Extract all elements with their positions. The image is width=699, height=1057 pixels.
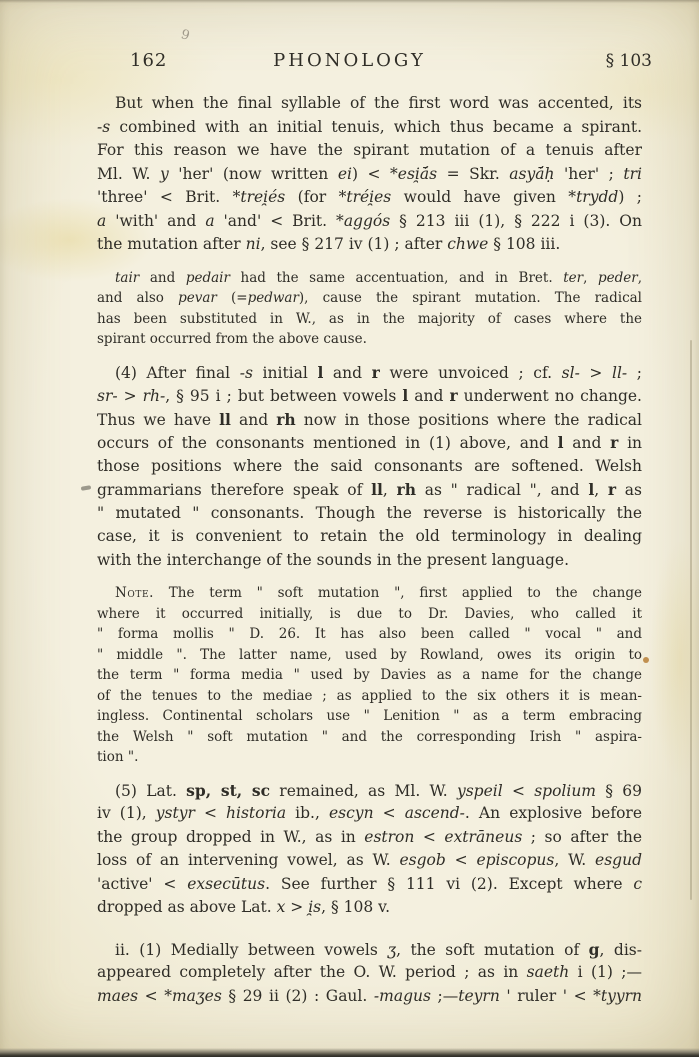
page-title: PHONOLOGY	[273, 50, 426, 71]
text-line: the Welsh " soft mutation " and the corr…	[97, 727, 642, 748]
text-line: ingless. Continental scholars use " Leni…	[97, 706, 642, 727]
text-line: 'three' < Brit. *trei̯és (for *tréi̯es w…	[97, 186, 642, 210]
page-header: 9 162 PHONOLOGY § 103	[0, 50, 699, 76]
text-segment: occurs of the consonants mentioned in (1…	[97, 434, 558, 452]
text-segment: tyyrn	[601, 987, 642, 1005]
text-segment: sr- > rh-	[97, 387, 165, 405]
text-segment: < *	[138, 987, 172, 1005]
text-segment: esgob	[400, 851, 446, 869]
text-segment: . See further § 111 vi (2). Except where	[265, 875, 633, 893]
text-line: the term " forma media " used by Davies …	[97, 665, 642, 686]
ink-speck	[81, 485, 92, 491]
text-line: grammarians therefore speak of ll, rh as…	[97, 478, 642, 502]
text-segment: rh	[397, 480, 416, 499]
text-segment: has been substituted in W., as in the ma…	[97, 311, 642, 327]
text-segment: the group dropped in W., as in	[97, 828, 364, 846]
text-line: a 'with' and a 'and' < Brit. *aggós § 21…	[97, 210, 642, 234]
page-bottom-edge	[0, 1048, 699, 1057]
text-line: tair and pedair had the same accentuatio…	[97, 268, 642, 289]
text-line: the mutation after ni, see § 217 iv (1) …	[97, 233, 642, 257]
text-segment: and	[139, 270, 186, 286]
text-segment: in	[618, 434, 642, 452]
text-segment: escyn	[329, 804, 374, 822]
text-line: with the interchange of the sounds in th…	[97, 549, 642, 573]
text-segment: -s	[97, 118, 110, 136]
text-segment: ingless. Continental scholars use " Leni…	[97, 708, 642, 724]
text-segment: " forma mollis " D. 26. It has also been…	[97, 626, 642, 642]
text-segment: episcopus	[476, 851, 554, 869]
text-line: 'active' < exsecūtus. See further § 111 …	[97, 873, 642, 897]
text-line: where it occurred initially, is due to D…	[97, 604, 642, 625]
text-segment: exsecūtus	[187, 875, 265, 893]
para-ii-medial-g: ii. (1) Medially between vowels ʒ, the s…	[97, 938, 642, 1009]
text-segment: , W.	[554, 851, 595, 869]
para-tair-pedair: tair and pedair had the same accentuatio…	[97, 268, 642, 350]
text-segment: sp, st, sc	[186, 781, 270, 800]
text-segment: For this reason we have the spirant muta…	[97, 141, 642, 159]
text-segment: <	[414, 828, 444, 846]
text-line: appeared completely after the O. W. peri…	[97, 961, 642, 985]
text-segment: and	[408, 387, 449, 405]
text-segment: asyā́ḥ	[509, 165, 554, 183]
text-line: has been substituted in W., as in the ma…	[97, 309, 642, 330]
text-segment: those positions where the said consonant…	[97, 457, 642, 475]
text-line: sr- > rh-, § 95 i ; but between vowels l…	[97, 384, 642, 408]
text-segment: 'her' ;	[554, 165, 623, 183]
text-line: tion ".	[97, 747, 642, 768]
text-segment: and	[231, 411, 276, 429]
text-line: " middle ". The latter name, used by Row…	[97, 645, 642, 666]
text-segment: spolium	[534, 782, 596, 800]
text-segment: -magus	[374, 987, 431, 1005]
text-segment: tion ".	[97, 749, 138, 765]
text-segment: would have given *	[391, 188, 576, 206]
text-segment: aggós	[344, 212, 390, 230]
text-segment: -s	[240, 364, 253, 382]
text-segment: ;	[627, 364, 642, 382]
text-segment: ii. (1) Medially between vowels	[115, 941, 387, 959]
para-4-unvoicing: (4) After final -s initial l and r were …	[97, 361, 642, 573]
text-segment: initial	[253, 364, 317, 382]
text-segment: and	[564, 434, 611, 452]
text-segment: remained, as Ml. W.	[270, 782, 457, 800]
text-line: (5) Lat. sp, st, sc remained, as Ml. W. …	[97, 779, 642, 803]
text-segment: >	[285, 898, 308, 916]
text-segment: ;—	[431, 987, 458, 1005]
text-segment: tair	[115, 270, 139, 286]
text-segment: saeth	[527, 963, 570, 981]
text-line: Ml. W. y 'her' (now written ei) < *esi̯ā…	[97, 163, 642, 187]
text-segment: the mutation after	[97, 235, 246, 253]
text-segment: and	[323, 364, 371, 382]
text-segment: ascend-	[405, 804, 465, 822]
text-segment: (for *	[285, 188, 346, 206]
para-note-soft-mutation: Note. The term " soft mutation ", first …	[97, 583, 642, 768]
text-line: iv (1), ystyr < historia ib., escyn < as…	[97, 802, 642, 826]
text-line: loss of an intervening vowel, as W. esgo…	[97, 849, 642, 873]
text-line: dropped as above Lat. x > i̯s, § 108 v.	[97, 896, 642, 920]
text-segment: pevar	[178, 290, 217, 306]
text-segment: , dis-	[600, 941, 642, 959]
text-line: those positions where the said consonant…	[97, 455, 642, 479]
text-segment: ei	[338, 165, 352, 183]
text-segment: § 108 iii.	[488, 235, 560, 253]
text-segment: combined with an initial tenuis, which t…	[110, 118, 642, 136]
text-segment: r	[449, 386, 457, 405]
text-segment: pedair	[186, 270, 230, 286]
text-segment: 'her' (now written	[169, 165, 338, 183]
text-segment: (4) After final	[115, 364, 240, 382]
text-segment: iv (1),	[97, 804, 156, 822]
text-segment: . An explosive before	[465, 804, 642, 822]
text-segment: , the soft mutation of	[396, 941, 589, 959]
text-segment: tréi̯es	[346, 188, 391, 206]
text-segment: (5) Lat.	[115, 782, 186, 800]
text-segment: Thus we have	[97, 411, 219, 429]
text-segment: where it occurred initially, is due to D…	[97, 606, 642, 622]
text-segment: ), cause the spirant mutation. The radic…	[299, 290, 642, 306]
ink-squiggle: 9	[179, 27, 191, 44]
text-segment: ,	[583, 270, 598, 286]
text-segment: Ml. W.	[97, 165, 160, 183]
text-segment: c	[633, 875, 642, 893]
text-segment: § 69	[596, 782, 642, 800]
text-segment: extrāneus	[444, 828, 522, 846]
text-segment: , see § 217 iv (1) ; after	[261, 235, 448, 253]
text-segment: as " radical ", and	[416, 481, 588, 499]
text-segment: (=	[217, 290, 248, 306]
text-segment: and also	[97, 290, 178, 306]
text-segment: estron	[364, 828, 414, 846]
text-segment: rh	[276, 410, 295, 429]
text-segment: now in those positions where the radical	[296, 411, 642, 429]
text-segment: 'active' <	[97, 875, 187, 893]
text-segment: ll	[371, 480, 383, 499]
text-segment: maes	[97, 987, 138, 1005]
text-line: " mutated " consonants. Though the rever…	[97, 502, 642, 526]
text-segment: <	[195, 804, 226, 822]
text-segment: esi̯ā́s	[398, 165, 437, 183]
text-segment: teyrn	[458, 987, 500, 1005]
text-segment: ,	[383, 481, 397, 499]
para-5-latin-groups: (5) Lat. sp, st, sc remained, as Ml. W. …	[97, 779, 642, 920]
text-line: and also pevar (=pedwar), cause the spir…	[97, 288, 642, 309]
text-segment: sl- > ll-	[562, 364, 628, 382]
text-segment: 'and' < Brit. *	[215, 212, 344, 230]
text-segment: the term " forma media " used by Davies …	[97, 667, 642, 683]
text-segment: historia	[226, 804, 286, 822]
text-segment: ʒ	[387, 941, 396, 959]
text-line: " forma mollis " D. 26. It has also been…	[97, 624, 642, 645]
text-segment: <	[374, 804, 405, 822]
text-segment: ,	[594, 481, 608, 499]
text-segment: chwe	[447, 235, 488, 253]
page-number: 162	[130, 50, 167, 71]
text-segment: , § 108 v.	[321, 898, 390, 916]
text-segment: <	[503, 782, 535, 800]
text-segment: trei̯és	[240, 188, 285, 206]
text-segment: " middle ". The latter name, used by Row…	[97, 647, 642, 663]
text-segment: as	[616, 481, 642, 499]
text-line: occurs of the consonants mentioned in (1…	[97, 431, 642, 455]
text-segment: pedwar	[248, 290, 299, 306]
text-line: the group dropped in W., as in estron < …	[97, 826, 642, 850]
text-segment: 'three' < Brit. *	[97, 188, 240, 206]
text-segment: , § 95 i ; but between vowels	[165, 387, 402, 405]
text-segment: r	[372, 363, 380, 382]
text-segment: Note.	[115, 585, 154, 601]
text-line: Note. The term " soft mutation ", first …	[97, 583, 642, 604]
text-segment: dropped as above Lat.	[97, 898, 277, 916]
text-segment: r	[608, 480, 616, 499]
text-line: But when the final syllable of the first…	[97, 92, 642, 116]
page-top-edge	[0, 0, 699, 3]
text-line: For this reason we have the spirant muta…	[97, 139, 642, 163]
text-segment: esgud	[595, 851, 642, 869]
text-segment: The term " soft mutation ", first applie…	[154, 585, 642, 601]
text-segment: maʒes	[172, 987, 222, 1005]
text-segment: of the tenues to the mediae ; as applied…	[97, 688, 642, 704]
book-page: 9 162 PHONOLOGY § 103 But when the final…	[0, 0, 699, 1057]
page-text: But when the final syllable of the first…	[97, 92, 642, 1008]
text-line: case, it is convenient to retain the old…	[97, 525, 642, 549]
text-segment: loss of an intervening vowel, as W.	[97, 851, 400, 869]
page-edge-line	[690, 340, 692, 900]
text-segment: case, it is convenient to retain the old…	[97, 527, 642, 545]
text-segment: peder	[598, 270, 638, 286]
text-segment: yspeil	[457, 782, 503, 800]
text-segment: i (1) ;—	[569, 963, 642, 981]
text-line: ii. (1) Medially between vowels ʒ, the s…	[97, 938, 642, 962]
text-segment: " mutated " consonants. Though the rever…	[97, 504, 642, 522]
text-segment: had the same accentuation, and in Bret.	[230, 270, 563, 286]
text-segment: 'with' and	[106, 212, 205, 230]
text-segment: ystyr	[156, 804, 195, 822]
text-segment: were unvoiced ; cf.	[380, 364, 562, 382]
para-accented-syllable: But when the final syllable of the first…	[97, 92, 642, 257]
text-segment: the Welsh " soft mutation " and the corr…	[97, 729, 642, 745]
text-segment: i̯s	[308, 898, 321, 916]
text-segment: appeared completely after the O. W. peri…	[97, 963, 527, 981]
text-line: spirant occurred from the above cause.	[97, 329, 642, 350]
text-segment: ; so after the	[522, 828, 642, 846]
text-segment: a	[205, 212, 214, 230]
text-segment: ni	[246, 235, 261, 253]
text-line: (4) After final -s initial l and r were …	[97, 361, 642, 385]
text-segment: g	[589, 940, 600, 959]
text-segment: ' ruler ' < *	[500, 987, 601, 1005]
text-segment: ib.,	[286, 804, 329, 822]
text-segment: = Skr.	[437, 165, 509, 183]
text-segment: <	[446, 851, 477, 869]
text-segment: underwent no change.	[458, 387, 642, 405]
text-line: of the tenues to the mediae ; as applied…	[97, 686, 642, 707]
section-number: § 103	[606, 51, 652, 71]
text-line: -s combined with an initial tenuis, whic…	[97, 116, 642, 140]
text-segment: But when the final syllable of the first…	[115, 94, 642, 112]
text-segment: § 213 iii (1), § 222 i (3). On	[390, 212, 642, 230]
text-segment: § 29 ii (2) : Gaul.	[222, 987, 374, 1005]
text-segment: grammarians therefore speak of	[97, 481, 371, 499]
text-segment: ll	[219, 410, 231, 429]
text-line: Thus we have ll and rh now in those posi…	[97, 408, 642, 432]
text-segment: tri	[623, 165, 642, 183]
text-segment: ) ;	[618, 188, 642, 206]
text-segment: ,	[638, 270, 642, 286]
text-segment: ter	[563, 270, 583, 286]
text-segment: ) < *	[352, 165, 398, 183]
text-segment: a	[97, 212, 106, 230]
text-segment: y	[160, 165, 169, 183]
text-segment: with the interchange of the sounds in th…	[97, 551, 569, 569]
stain-orange-dot	[643, 657, 649, 663]
text-line: maes < *maʒes § 29 ii (2) : Gaul. -magus…	[97, 985, 642, 1009]
text-segment: spirant occurred from the above cause.	[97, 331, 367, 347]
text-segment: trydd	[576, 188, 618, 206]
